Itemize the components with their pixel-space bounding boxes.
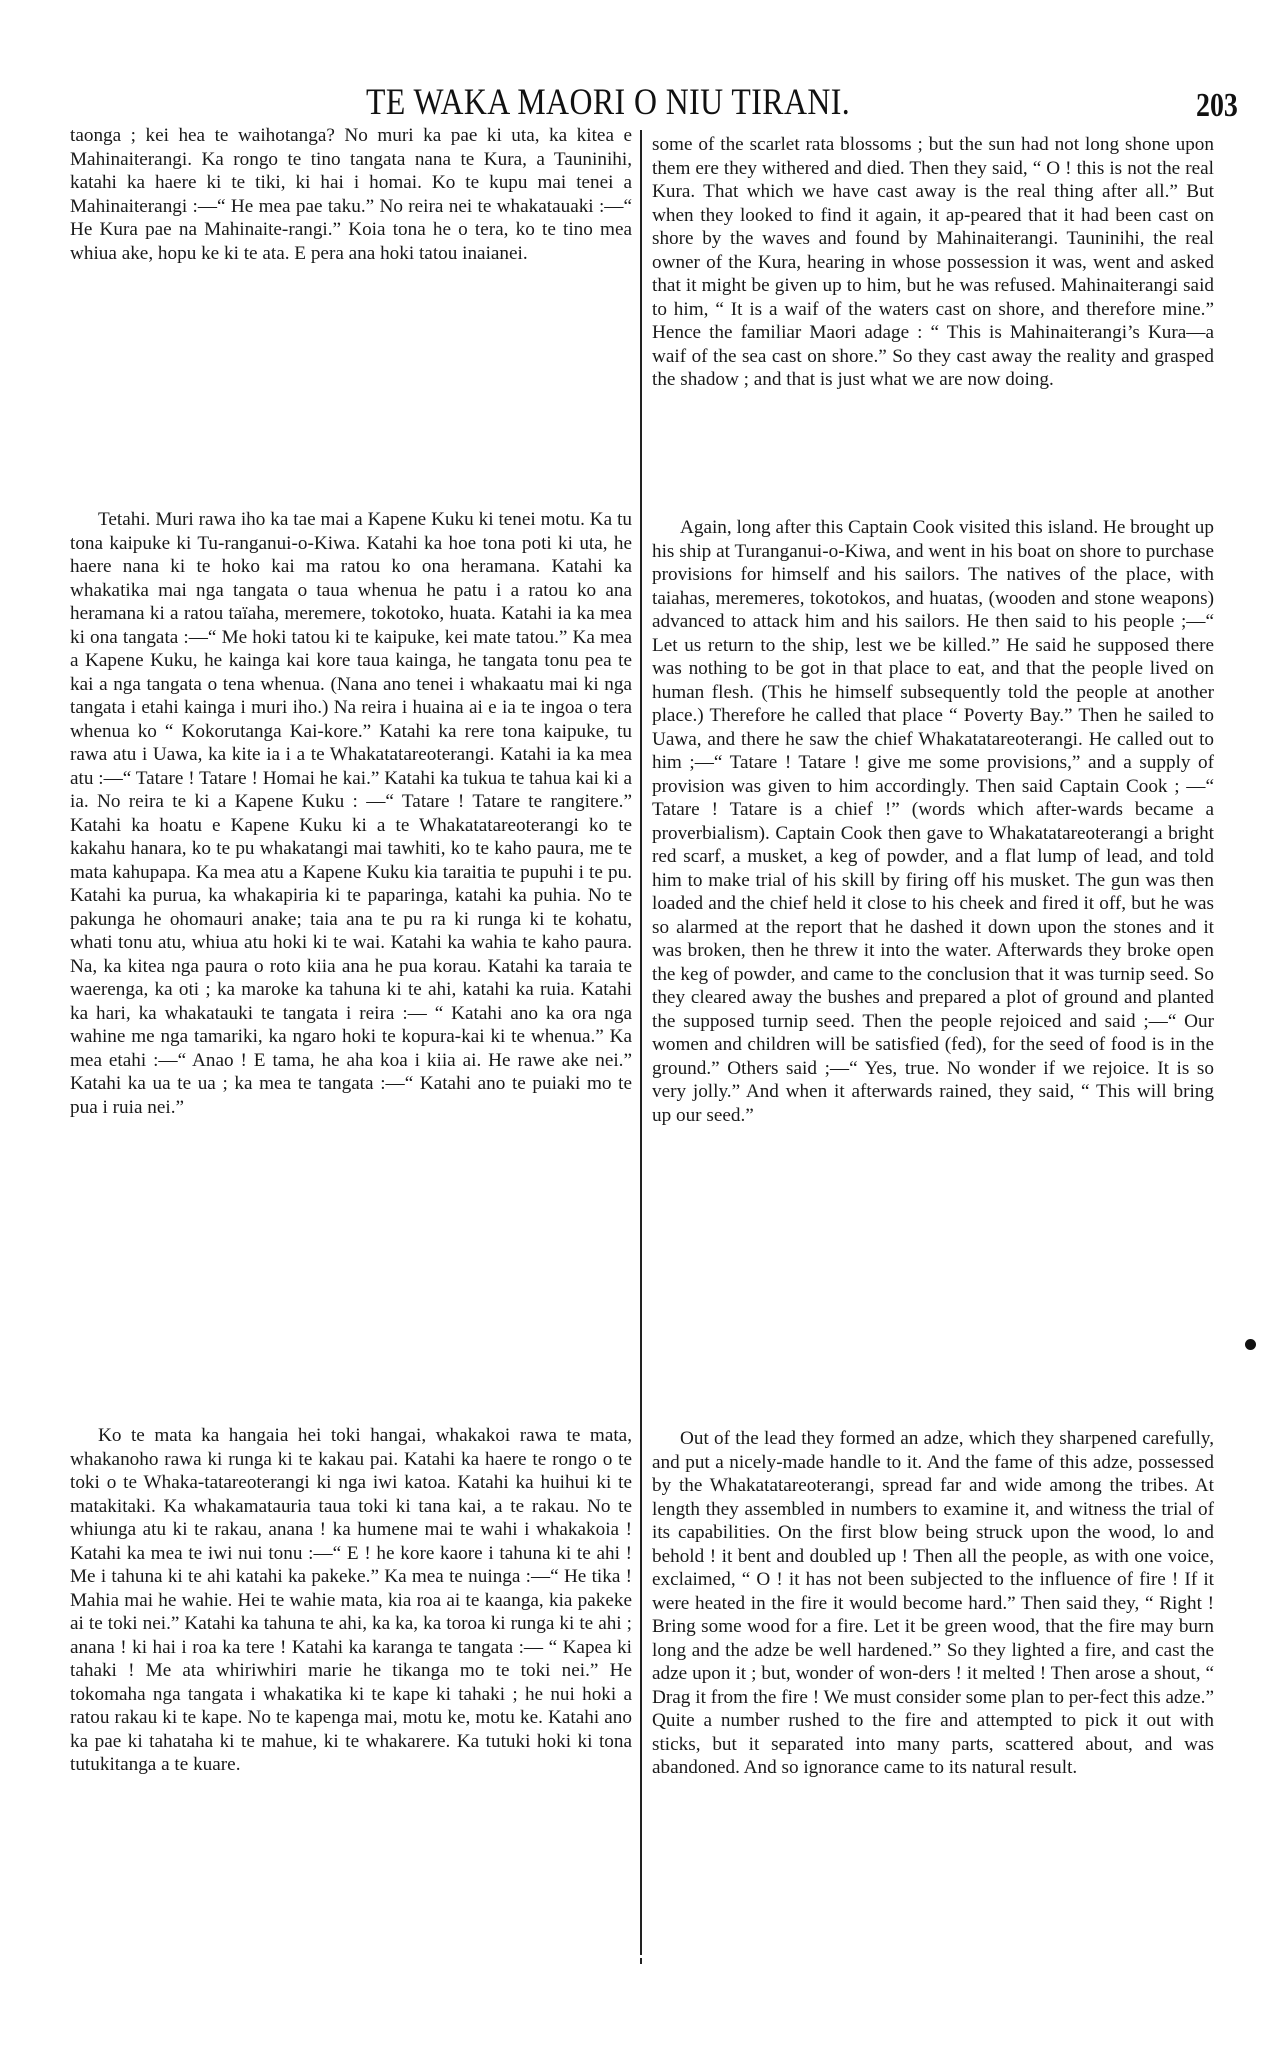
paragraph-text: some of the scarlet rata blossoms ; but …	[652, 133, 1214, 392]
column-divider	[640, 130, 642, 1955]
left-column-paragraph-3: Ko te mata ka hangaia hei toki hangai, w…	[70, 1424, 632, 1777]
margin-ink-dot	[1245, 1339, 1256, 1350]
right-column-paragraph-3: Out of the lead they formed an adze, whi…	[652, 1427, 1214, 1780]
left-column-paragraph-1: taonga ; kei hea te waihotanga? No muri …	[70, 124, 632, 265]
paragraph-text: Out of the lead they formed an adze, whi…	[652, 1427, 1214, 1780]
page-number: 203	[1196, 86, 1238, 126]
right-column-paragraph-1: some of the scarlet rata blossoms ; but …	[652, 133, 1214, 392]
page-header-title: TE WAKA MAORI O NIU TIRANI.	[366, 80, 841, 126]
paragraph-text: Tetahi. Muri rawa iho ka tae mai a Kapen…	[70, 508, 632, 1119]
paragraph-text: Ko te mata ka hangaia hei toki hangai, w…	[70, 1424, 632, 1777]
paragraph-text: Again, long after this Captain Cook visi…	[652, 516, 1214, 1127]
paragraph-text: taonga ; kei hea te waihotanga? No muri …	[70, 124, 632, 265]
column-divider-tick	[640, 1958, 642, 1964]
left-column-paragraph-2: Tetahi. Muri rawa iho ka tae mai a Kapen…	[70, 508, 632, 1119]
right-column-paragraph-2: Again, long after this Captain Cook visi…	[652, 516, 1214, 1127]
